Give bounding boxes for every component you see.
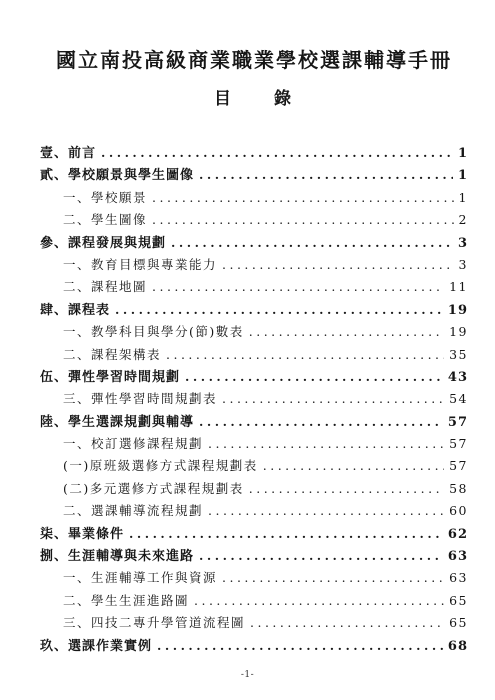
toc-entry-label: 一、學校願景 <box>63 187 147 209</box>
toc-dot-leader <box>263 455 444 477</box>
toc-entry-page: 1 <box>458 165 468 187</box>
toc-dot-leader <box>249 478 444 500</box>
toc-entry-page: 43 <box>448 367 468 389</box>
toc-row: 柒、畢業條件 62 <box>40 523 468 545</box>
toc-entry-page: 1 <box>458 143 468 165</box>
toc-heading: 目 錄 <box>40 84 468 109</box>
toc-row: 一、教育目標與專業能力 3 <box>40 254 468 276</box>
toc-row: 一、生涯輔導工作與資源 63 <box>40 567 468 589</box>
toc-dot-leader <box>115 299 443 322</box>
toc-dot-leader <box>171 232 453 255</box>
toc-entry-label: (二)多元選修方式課程規劃表 <box>63 478 244 500</box>
toc-entry-label: (一)原班級選修方式課程規劃表 <box>63 455 258 477</box>
toc-entry-label: 伍、彈性學習時間規劃 <box>40 367 180 389</box>
toc-entry-label: 陸、學生選課規劃與輔導 <box>40 412 194 434</box>
toc-entry-label: 壹、前言 <box>40 143 96 165</box>
toc-entry-page: 60 <box>449 500 468 522</box>
page-number-footer: -1- <box>0 670 495 680</box>
toc-dot-leader <box>199 164 453 187</box>
toc-entry-label: 二、課程架構表 <box>63 344 161 366</box>
toc-dot-leader <box>199 545 443 568</box>
toc-entry-page: 35 <box>449 344 468 366</box>
toc-entry-page: 63 <box>448 546 468 568</box>
toc-entry-page: 19 <box>449 321 468 343</box>
toc-row: 肆、課程表 19 <box>40 299 468 321</box>
toc-entry-page: 3 <box>458 233 468 255</box>
toc-entry-page: 3 <box>459 254 468 276</box>
toc-dot-leader <box>249 321 444 343</box>
toc-entry-label: 參、課程發展與規劃 <box>40 233 166 255</box>
toc-entry-label: 一、校訂選修課程規劃 <box>63 433 203 455</box>
toc-entry-label: 二、學生生涯進路圖 <box>63 590 189 612</box>
toc-dot-leader <box>166 344 444 366</box>
toc-entry-label: 柒、畢業條件 <box>40 524 124 546</box>
toc-dot-leader <box>157 635 443 658</box>
toc-entry-page: 57 <box>449 455 468 477</box>
toc-entry-page: 1 <box>459 187 468 209</box>
toc-row: 壹、前言 1 <box>40 142 468 164</box>
toc-dot-leader <box>152 276 444 298</box>
toc-row: 二、學生圖像 2 <box>40 209 468 231</box>
toc-row: (二)多元選修方式課程規劃表 58 <box>40 478 468 500</box>
document-title: 國立南投高級商業職業學校選課輔導手冊 <box>40 44 468 73</box>
toc-dot-leader <box>185 366 443 389</box>
toc-entry-label: 貳、學校願景與學生圖像 <box>40 165 194 187</box>
toc-entry-label: 二、選課輔導流程規劃 <box>63 500 203 522</box>
toc-row: 參、課程發展與規劃 3 <box>40 232 468 254</box>
toc-dot-leader <box>208 500 444 522</box>
toc-dot-leader <box>194 590 444 612</box>
toc-dot-leader <box>208 433 444 455</box>
toc-entry-page: 63 <box>449 567 468 589</box>
toc-dot-leader <box>152 209 454 231</box>
toc-list: 壹、前言 1 貳、學校願景與學生圖像 1 一、學校願景 1 二、學生圖像 2 參… <box>40 142 468 657</box>
toc-entry-page: 62 <box>448 524 468 546</box>
toc-entry-label: 一、生涯輔導工作與資源 <box>63 567 217 589</box>
toc-row: 一、校訂選修課程規劃 57 <box>40 433 468 455</box>
toc-entry-page: 19 <box>448 300 468 322</box>
toc-row: 陸、學生選課規劃與輔導 57 <box>40 411 468 433</box>
toc-dot-leader <box>101 142 453 165</box>
toc-entry-page: 65 <box>449 590 468 612</box>
toc-entry-label: 玖、選課作業實例 <box>40 636 152 658</box>
toc-row: 伍、彈性學習時間規劃 43 <box>40 366 468 388</box>
toc-entry-label: 三、四技二專升學管道流程圖 <box>63 612 245 634</box>
toc-row: 二、選課輔導流程規劃 60 <box>40 500 468 522</box>
toc-entry-label: 一、教學科目與學分(節)數表 <box>63 321 244 343</box>
toc-entry-page: 57 <box>449 433 468 455</box>
toc-row: 一、學校願景 1 <box>40 187 468 209</box>
toc-entry-page: 58 <box>449 478 468 500</box>
toc-entry-label: 肆、課程表 <box>40 300 110 322</box>
toc-entry-page: 65 <box>449 612 468 634</box>
toc-row: (一)原班級選修方式課程規劃表 57 <box>40 455 468 477</box>
toc-dot-leader <box>152 187 454 209</box>
toc-row: 二、課程地圖 11 <box>40 276 468 298</box>
toc-row: 一、教學科目與學分(節)數表 19 <box>40 321 468 343</box>
toc-row: 玖、選課作業實例 68 <box>40 635 468 657</box>
toc-entry-label: 捌、生涯輔導與未來進路 <box>40 546 194 568</box>
toc-row: 三、彈性學習時間規劃表 54 <box>40 388 468 410</box>
toc-dot-leader <box>129 523 443 546</box>
toc-dot-leader <box>222 388 444 410</box>
toc-row: 捌、生涯輔導與未來進路 63 <box>40 545 468 567</box>
toc-entry-page: 68 <box>448 636 468 658</box>
toc-entry-label: 一、教育目標與專業能力 <box>63 254 217 276</box>
toc-dot-leader <box>222 567 444 589</box>
toc-entry-label: 二、學生圖像 <box>63 209 147 231</box>
document-page: 國立南投高級商業職業學校選課輔導手冊 目 錄 壹、前言 1 貳、學校願景與學生圖… <box>0 0 495 700</box>
toc-row: 三、四技二專升學管道流程圖 65 <box>40 612 468 634</box>
toc-dot-leader <box>250 612 444 634</box>
toc-entry-page: 11 <box>449 276 468 298</box>
toc-entry-page: 2 <box>459 209 468 231</box>
toc-entry-page: 57 <box>448 412 468 434</box>
toc-row: 二、學生生涯進路圖 65 <box>40 590 468 612</box>
toc-row: 貳、學校願景與學生圖像 1 <box>40 164 468 186</box>
toc-dot-leader <box>222 254 454 276</box>
toc-dot-leader <box>199 411 443 434</box>
toc-entry-label: 三、彈性學習時間規劃表 <box>63 388 217 410</box>
toc-entry-page: 54 <box>449 388 468 410</box>
toc-row: 二、課程架構表 35 <box>40 344 468 366</box>
toc-entry-label: 二、課程地圖 <box>63 276 147 298</box>
